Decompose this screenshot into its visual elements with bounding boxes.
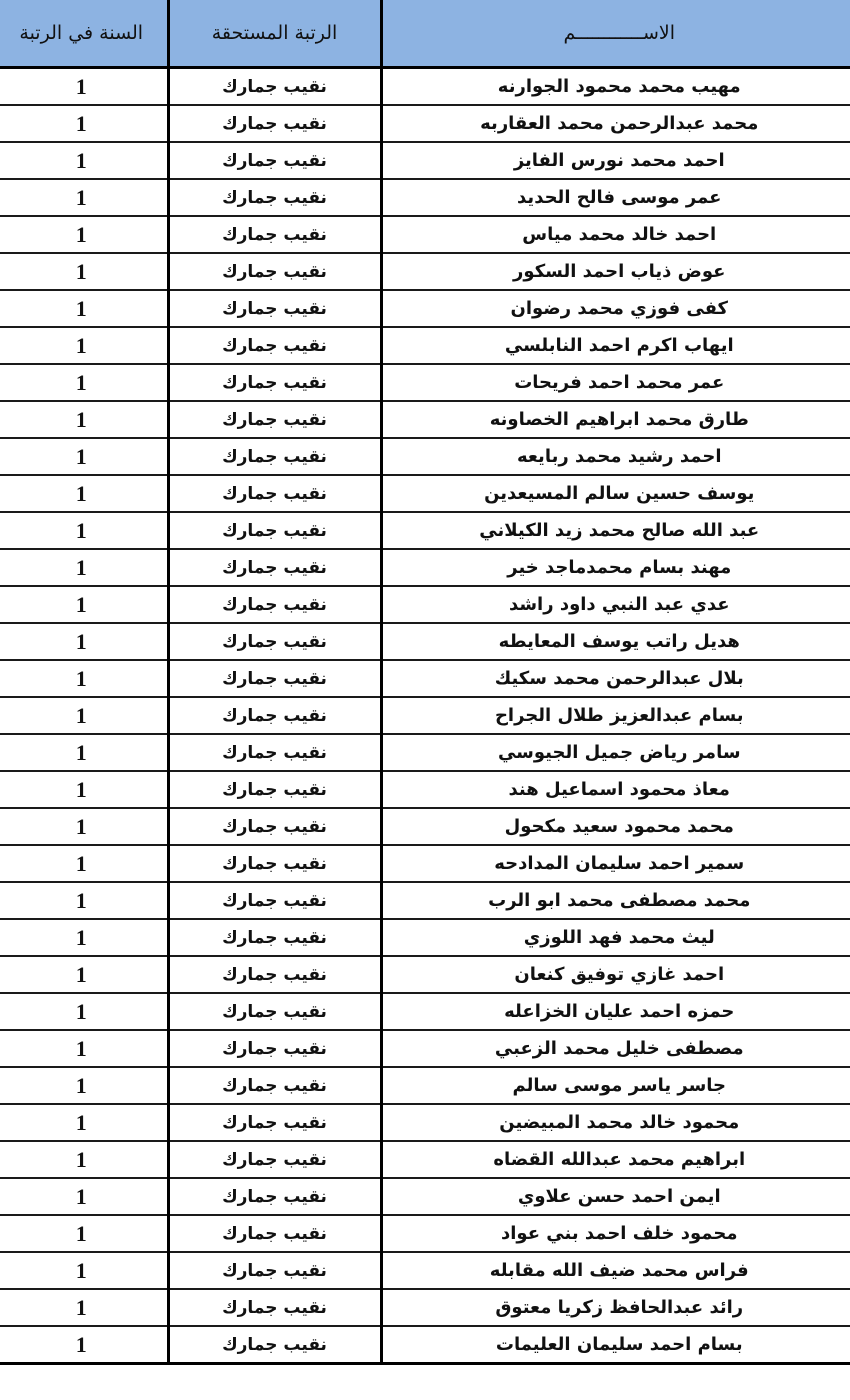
table-header: الاســــــــــــم الرتبة المستحقة السنة …	[0, 0, 850, 68]
table-row: احمد رشيد محمد ربايعهنقيب جمارك1	[0, 438, 850, 475]
cell-year: 1	[0, 327, 168, 364]
cell-name: عبد الله صالح محمد زيد الكيلاني	[381, 512, 850, 549]
cell-rank: نقيب جمارك	[168, 512, 381, 549]
cell-year: 1	[0, 549, 168, 586]
cell-rank: نقيب جمارك	[168, 660, 381, 697]
table-row: مصطفى خليل محمد الزعبينقيب جمارك1	[0, 1030, 850, 1067]
cell-name: هديل راتب يوسف المعايطه	[381, 623, 850, 660]
cell-rank: نقيب جمارك	[168, 771, 381, 808]
cell-year: 1	[0, 142, 168, 179]
column-header-name-label: الاســــــــــــم	[564, 22, 675, 44]
cell-rank: نقيب جمارك	[168, 179, 381, 216]
table-row: ليث محمد فهد اللوزينقيب جمارك1	[0, 919, 850, 956]
cell-name: محمد محمود سعيد مكحول	[381, 808, 850, 845]
cell-year: 1	[0, 1289, 168, 1326]
cell-rank: نقيب جمارك	[168, 438, 381, 475]
cell-rank: نقيب جمارك	[168, 475, 381, 512]
cell-rank: نقيب جمارك	[168, 1326, 381, 1364]
cell-rank: نقيب جمارك	[168, 697, 381, 734]
cell-year: 1	[0, 882, 168, 919]
table-row: ايهاب اكرم احمد النابلسينقيب جمارك1	[0, 327, 850, 364]
column-header-rank: الرتبة المستحقة	[168, 0, 381, 68]
table-row: معاذ محمود اسماعيل هندنقيب جمارك1	[0, 771, 850, 808]
cell-year: 1	[0, 993, 168, 1030]
cell-year: 1	[0, 1178, 168, 1215]
cell-name: مهند بسام محمدماجد خير	[381, 549, 850, 586]
table-row: عمر محمد احمد فريحاتنقيب جمارك1	[0, 364, 850, 401]
table-row: عبد الله صالح محمد زيد الكيلانينقيب جمار…	[0, 512, 850, 549]
cell-name: كفى فوزي محمد رضوان	[381, 290, 850, 327]
cell-rank: نقيب جمارك	[168, 1030, 381, 1067]
cell-year: 1	[0, 1326, 168, 1364]
cell-year: 1	[0, 216, 168, 253]
cell-name: حمزه احمد عليان الخزاعله	[381, 993, 850, 1030]
cell-rank: نقيب جمارك	[168, 105, 381, 142]
cell-year: 1	[0, 1067, 168, 1104]
table-row: عوض ذياب احمد السكورنقيب جمارك1	[0, 253, 850, 290]
cell-year: 1	[0, 623, 168, 660]
cell-rank: نقيب جمارك	[168, 1178, 381, 1215]
cell-year: 1	[0, 401, 168, 438]
cell-name: بسام احمد سليمان العليمات	[381, 1326, 850, 1364]
cell-rank: نقيب جمارك	[168, 586, 381, 623]
cell-year: 1	[0, 179, 168, 216]
cell-name: معاذ محمود اسماعيل هند	[381, 771, 850, 808]
cell-year: 1	[0, 845, 168, 882]
header-row: الاســــــــــــم الرتبة المستحقة السنة …	[0, 0, 850, 68]
cell-name: يوسف حسين سالم المسيعدين	[381, 475, 850, 512]
cell-year: 1	[0, 438, 168, 475]
cell-year: 1	[0, 697, 168, 734]
cell-rank: نقيب جمارك	[168, 734, 381, 771]
cell-name: عدي عبد النبي داود راشد	[381, 586, 850, 623]
cell-year: 1	[0, 68, 168, 106]
table-row: محمد عبدالرحمن محمد العقاربهنقيب جمارك1	[0, 105, 850, 142]
cell-rank: نقيب جمارك	[168, 1104, 381, 1141]
table-row: سمير احمد سليمان المدادحهنقيب جمارك1	[0, 845, 850, 882]
cell-year: 1	[0, 734, 168, 771]
cell-name: عمر موسى فالح الحديد	[381, 179, 850, 216]
table-row: بسام احمد سليمان العليماتنقيب جمارك1	[0, 1326, 850, 1364]
cell-rank: نقيب جمارك	[168, 290, 381, 327]
table-row: عمر موسى فالح الحديدنقيب جمارك1	[0, 179, 850, 216]
cell-rank: نقيب جمارك	[168, 993, 381, 1030]
table-row: بسام عبدالعزيز طلال الجراحنقيب جمارك1	[0, 697, 850, 734]
cell-rank: نقيب جمارك	[168, 956, 381, 993]
cell-year: 1	[0, 512, 168, 549]
cell-name: احمد محمد نورس الفايز	[381, 142, 850, 179]
cell-rank: نقيب جمارك	[168, 216, 381, 253]
cell-rank: نقيب جمارك	[168, 623, 381, 660]
column-header-year: السنة في الرتبة	[0, 0, 168, 68]
cell-rank: نقيب جمارك	[168, 364, 381, 401]
cell-year: 1	[0, 956, 168, 993]
table-row: هديل راتب يوسف المعايطهنقيب جمارك1	[0, 623, 850, 660]
cell-rank: نقيب جمارك	[168, 808, 381, 845]
table-row: حمزه احمد عليان الخزاعلهنقيب جمارك1	[0, 993, 850, 1030]
table-row: محمود خالد محمد المبيضيننقيب جمارك1	[0, 1104, 850, 1141]
cell-name: عوض ذياب احمد السكور	[381, 253, 850, 290]
cell-year: 1	[0, 660, 168, 697]
cell-rank: نقيب جمارك	[168, 549, 381, 586]
cell-name: محمود خلف احمد بني عواد	[381, 1215, 850, 1252]
cell-rank: نقيب جمارك	[168, 1215, 381, 1252]
table-row: رائد عبدالحافظ زكريا معتوقنقيب جمارك1	[0, 1289, 850, 1326]
cell-rank: نقيب جمارك	[168, 327, 381, 364]
cell-rank: نقيب جمارك	[168, 882, 381, 919]
cell-name: مهيب محمد محمود الجوارنه	[381, 68, 850, 106]
promotion-table: الاســــــــــــم الرتبة المستحقة السنة …	[0, 0, 850, 1365]
cell-rank: نقيب جمارك	[168, 68, 381, 106]
cell-year: 1	[0, 1104, 168, 1141]
cell-year: 1	[0, 1030, 168, 1067]
cell-year: 1	[0, 919, 168, 956]
column-header-name: الاســــــــــــم	[381, 0, 850, 68]
cell-rank: نقيب جمارك	[168, 401, 381, 438]
cell-rank: نقيب جمارك	[168, 1252, 381, 1289]
table-row: سامر رياض جميل الجيوسينقيب جمارك1	[0, 734, 850, 771]
cell-year: 1	[0, 290, 168, 327]
cell-year: 1	[0, 1252, 168, 1289]
cell-name: فراس محمد ضيف الله مقابله	[381, 1252, 850, 1289]
cell-year: 1	[0, 1141, 168, 1178]
cell-name: احمد رشيد محمد ربايعه	[381, 438, 850, 475]
cell-name: بسام عبدالعزيز طلال الجراح	[381, 697, 850, 734]
cell-name: سامر رياض جميل الجيوسي	[381, 734, 850, 771]
cell-year: 1	[0, 771, 168, 808]
cell-name: احمد غازي توفيق كنعان	[381, 956, 850, 993]
cell-name: ايهاب اكرم احمد النابلسي	[381, 327, 850, 364]
cell-name: سمير احمد سليمان المدادحه	[381, 845, 850, 882]
cell-name: محمود خالد محمد المبيضين	[381, 1104, 850, 1141]
table-row: احمد غازي توفيق كنعاننقيب جمارك1	[0, 956, 850, 993]
cell-name: ابراهيم محمد عبدالله القضاه	[381, 1141, 850, 1178]
cell-rank: نقيب جمارك	[168, 1141, 381, 1178]
cell-name: ايمن احمد حسن علاوي	[381, 1178, 850, 1215]
cell-year: 1	[0, 105, 168, 142]
table-row: ايمن احمد حسن علاوينقيب جمارك1	[0, 1178, 850, 1215]
cell-rank: نقيب جمارك	[168, 253, 381, 290]
cell-year: 1	[0, 1215, 168, 1252]
cell-name: طارق محمد ابراهيم الخصاونه	[381, 401, 850, 438]
table-row: بلال عبدالرحمن محمد سكيكنقيب جمارك1	[0, 660, 850, 697]
cell-name: جاسر ياسر موسى سالم	[381, 1067, 850, 1104]
cell-rank: نقيب جمارك	[168, 1289, 381, 1326]
table-row: احمد خالد محمد مياسنقيب جمارك1	[0, 216, 850, 253]
table-row: محمد محمود سعيد مكحولنقيب جمارك1	[0, 808, 850, 845]
cell-year: 1	[0, 475, 168, 512]
cell-name: محمد مصطفى محمد ابو الرب	[381, 882, 850, 919]
column-header-rank-label: الرتبة المستحقة	[212, 22, 338, 44]
table-row: محمد مصطفى محمد ابو الربنقيب جمارك1	[0, 882, 850, 919]
table-row: مهيب محمد محمود الجوارنهنقيب جمارك1	[0, 68, 850, 106]
table-row: محمود خلف احمد بني عوادنقيب جمارك1	[0, 1215, 850, 1252]
table-row: طارق محمد ابراهيم الخصاونهنقيب جمارك1	[0, 401, 850, 438]
cell-year: 1	[0, 808, 168, 845]
cell-name: محمد عبدالرحمن محمد العقاربه	[381, 105, 850, 142]
cell-year: 1	[0, 364, 168, 401]
cell-rank: نقيب جمارك	[168, 919, 381, 956]
table-row: يوسف حسين سالم المسيعديننقيب جمارك1	[0, 475, 850, 512]
cell-year: 1	[0, 586, 168, 623]
table-row: جاسر ياسر موسى سالمنقيب جمارك1	[0, 1067, 850, 1104]
table-row: فراس محمد ضيف الله مقابلهنقيب جمارك1	[0, 1252, 850, 1289]
table-row: مهند بسام محمدماجد خيرنقيب جمارك1	[0, 549, 850, 586]
cell-name: احمد خالد محمد مياس	[381, 216, 850, 253]
promotion-list-sheet: الاســــــــــــم الرتبة المستحقة السنة …	[0, 0, 850, 1365]
table-body: مهيب محمد محمود الجوارنهنقيب جمارك1محمد …	[0, 68, 850, 1364]
cell-name: مصطفى خليل محمد الزعبي	[381, 1030, 850, 1067]
cell-rank: نقيب جمارك	[168, 142, 381, 179]
table-row: عدي عبد النبي داود راشدنقيب جمارك1	[0, 586, 850, 623]
cell-year: 1	[0, 253, 168, 290]
column-header-year-label: السنة في الرتبة	[19, 22, 143, 44]
cell-name: ليث محمد فهد اللوزي	[381, 919, 850, 956]
cell-name: عمر محمد احمد فريحات	[381, 364, 850, 401]
table-row: كفى فوزي محمد رضواننقيب جمارك1	[0, 290, 850, 327]
cell-name: رائد عبدالحافظ زكريا معتوق	[381, 1289, 850, 1326]
cell-name: بلال عبدالرحمن محمد سكيك	[381, 660, 850, 697]
cell-rank: نقيب جمارك	[168, 845, 381, 882]
table-row: ابراهيم محمد عبدالله القضاهنقيب جمارك1	[0, 1141, 850, 1178]
cell-rank: نقيب جمارك	[168, 1067, 381, 1104]
table-row: احمد محمد نورس الفايزنقيب جمارك1	[0, 142, 850, 179]
